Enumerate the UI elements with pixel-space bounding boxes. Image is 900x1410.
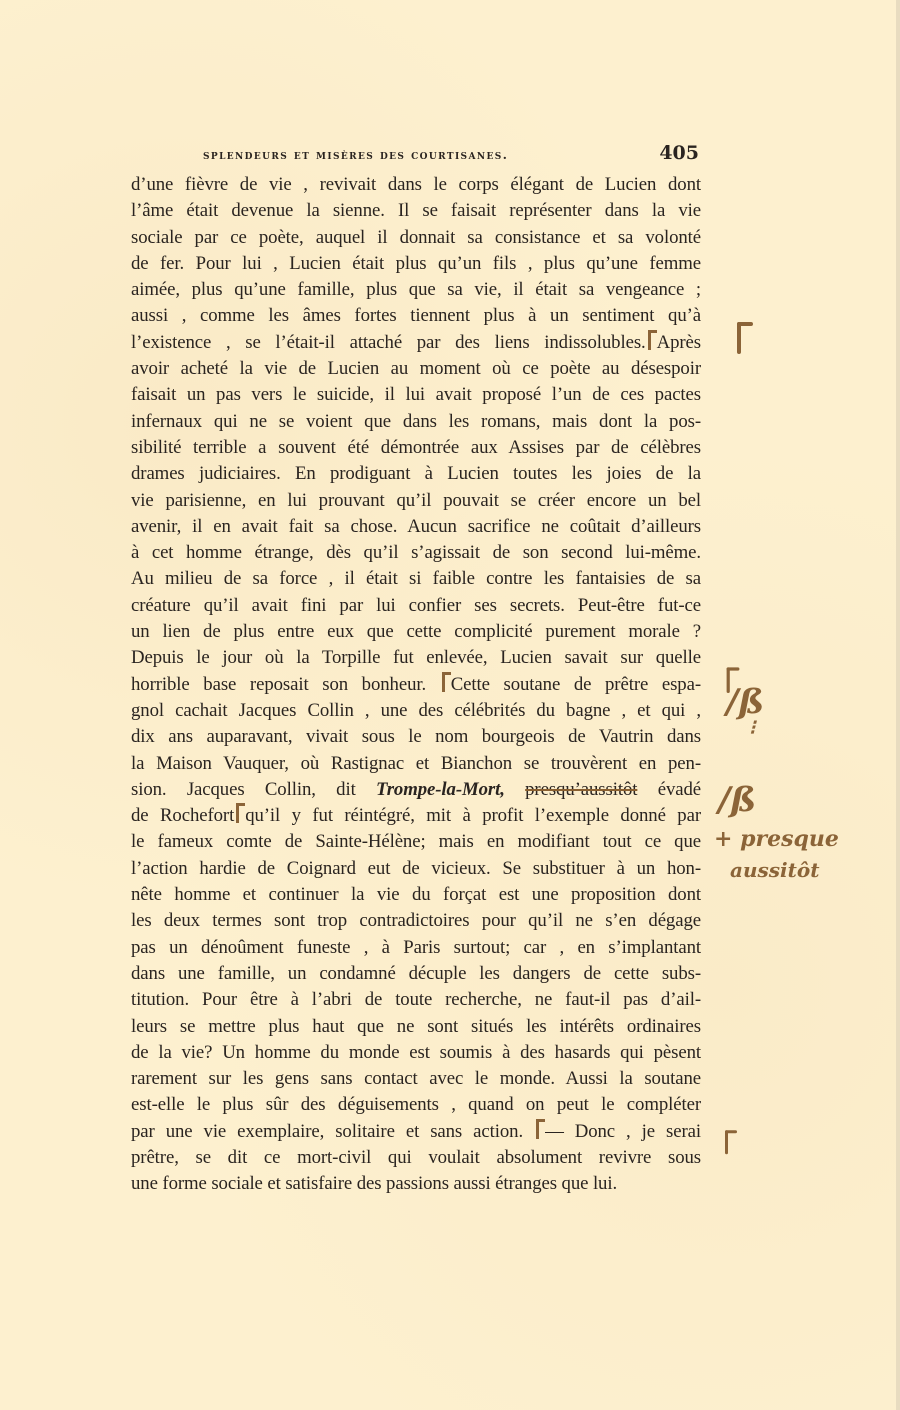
text-line: l’existence , se l’était-il attaché par … bbox=[131, 330, 701, 356]
text-line: de la vie? Un homme du monde est soumis … bbox=[131, 1040, 701, 1066]
text-line: l’action hardie de Coignard eut de vicie… bbox=[131, 856, 701, 882]
text-line: aussi , comme les âmes fortes tiennent p… bbox=[131, 303, 701, 329]
text-fragment: par une vie exemplaire, solitaire et san… bbox=[131, 1121, 523, 1142]
body-text: d’une fièvre de vie , revivait dans le c… bbox=[131, 172, 701, 1198]
text-line: Depuis le jour où la Torpille fut enlevé… bbox=[131, 645, 701, 671]
text-fragment: l’existence , se l’était-il attaché par … bbox=[131, 332, 646, 353]
text-line: de Rochefortqu’il y fut réintégré, mit à… bbox=[131, 803, 701, 829]
text-fragment: évadé bbox=[658, 779, 701, 800]
text-line: un lien de plus entre eux que cette comp… bbox=[131, 619, 701, 645]
margin-note-insert: aussitôt bbox=[730, 858, 819, 882]
margin-note-dots: ⁝ bbox=[749, 722, 755, 732]
text-line: créature qu’il avait fini par lui confie… bbox=[131, 593, 701, 619]
text-line: de fer. Pour lui , Lucien était plus qu’… bbox=[131, 251, 701, 277]
text-line: rarement sur les gens sans contact avec … bbox=[131, 1066, 701, 1092]
text-line: dix ans auparavant, vivait sous le nom b… bbox=[131, 724, 701, 750]
paragraph-insert-mark bbox=[440, 672, 450, 694]
text-line: par une vie exemplaire, solitaire et san… bbox=[131, 1119, 701, 1145]
margin-note-text: + presque bbox=[714, 826, 839, 852]
text-fragment: Cette soutane de prêtre espa- bbox=[451, 674, 701, 695]
margin-note-text: aussitôt bbox=[730, 858, 819, 882]
text-line: avoir acheté la vie de Lucien au moment … bbox=[131, 356, 701, 382]
text-line: le fameux comte de Sainte-Hélène; mais e… bbox=[131, 829, 701, 855]
running-head: Splendeurs et misères des courtisanes. 4… bbox=[203, 142, 699, 164]
margin-note-text: /ß bbox=[718, 780, 756, 820]
text-line: est-elle le plus sûr des déguisements , … bbox=[131, 1092, 701, 1118]
running-title: Splendeurs et misères des courtisanes. bbox=[203, 147, 508, 162]
italic-nickname: Trompe-la-Mort, bbox=[376, 779, 505, 800]
text-fragment: sion. Jacques Collin, dit bbox=[131, 779, 356, 800]
text-line: faisait un pas vers le suicide, il lui a… bbox=[131, 382, 701, 408]
text-fragment: — Donc , je serai bbox=[545, 1121, 701, 1142]
text-line: dans une famille, un condamné décuple le… bbox=[131, 961, 701, 987]
page-edge bbox=[896, 0, 900, 1410]
text-line: gnol cachait Jacques Collin , une des cé… bbox=[131, 698, 701, 724]
text-fragment: horrible base reposait son bonheur. bbox=[131, 674, 426, 695]
text-line: titution. Pour être à l’abri de toute re… bbox=[131, 987, 701, 1013]
text-line: la Maison Vauquer, où Rastignac et Bianc… bbox=[131, 751, 701, 777]
text-line: avenir, il en avait fait sa chose. Aucun… bbox=[131, 514, 701, 540]
paragraph-insert-mark bbox=[646, 330, 656, 352]
text-line: Au milieu de sa force , il était si faib… bbox=[131, 566, 701, 592]
margin-bracket-mark bbox=[737, 322, 753, 356]
text-line: leurs se mettre plus haut que ne sont si… bbox=[131, 1014, 701, 1040]
text-line: pas un dénoûment funeste , à Paris surto… bbox=[131, 935, 701, 961]
text-line: sion. Jacques Collin, dit Trompe-la-Mort… bbox=[131, 777, 701, 803]
text-line: aimée, plus qu’une famille, plus que sa … bbox=[131, 277, 701, 303]
page-number: 405 bbox=[659, 142, 699, 164]
text-line: l’âme était devenue la sienne. Il se fai… bbox=[131, 198, 701, 224]
text-fragment: Après bbox=[657, 332, 701, 353]
text-line: d’une fièvre de vie , revivait dans le c… bbox=[131, 172, 701, 198]
struck-word: presqu’aussitôt bbox=[525, 779, 637, 800]
text-line: sociale par ce poète, auquel il donnait … bbox=[131, 225, 701, 251]
paragraph-insert-mark bbox=[534, 1119, 544, 1141]
text-line: nête homme et continuer la vie du forçat… bbox=[131, 882, 701, 908]
text-fragment: de Rochefort bbox=[131, 805, 234, 826]
insertion-caret-mark bbox=[234, 803, 244, 825]
margin-note-insert: /ß bbox=[718, 780, 756, 820]
margin-note-insert: /ß bbox=[726, 682, 764, 722]
margin-bracket-mark bbox=[725, 1130, 737, 1156]
text-line: les deux termes sont trop contradictoire… bbox=[131, 908, 701, 934]
text-line: drames judiciaires. En prodiguant à Luci… bbox=[131, 461, 701, 487]
margin-note-text: /ß bbox=[726, 682, 764, 722]
text-line: prêtre, se dit ce mort-civil qui voulait… bbox=[131, 1145, 701, 1171]
text-line: horrible base reposait son bonheur. Cett… bbox=[131, 672, 701, 698]
text-line: une forme sociale et satisfaire des pass… bbox=[131, 1171, 701, 1197]
text-line: à cet homme étrange, dès qu’il s’agissai… bbox=[131, 540, 701, 566]
margin-note-insert: + presque bbox=[714, 826, 839, 852]
text-line: sibilité terrible a souvent été démontré… bbox=[131, 435, 701, 461]
text-line: vie parisienne, en lui prouvant qu’il po… bbox=[131, 488, 701, 514]
text-fragment: qu’il y fut réintégré, mit à profit l’ex… bbox=[245, 805, 701, 826]
text-line: infernaux qui ne se voient que dans les … bbox=[131, 409, 701, 435]
